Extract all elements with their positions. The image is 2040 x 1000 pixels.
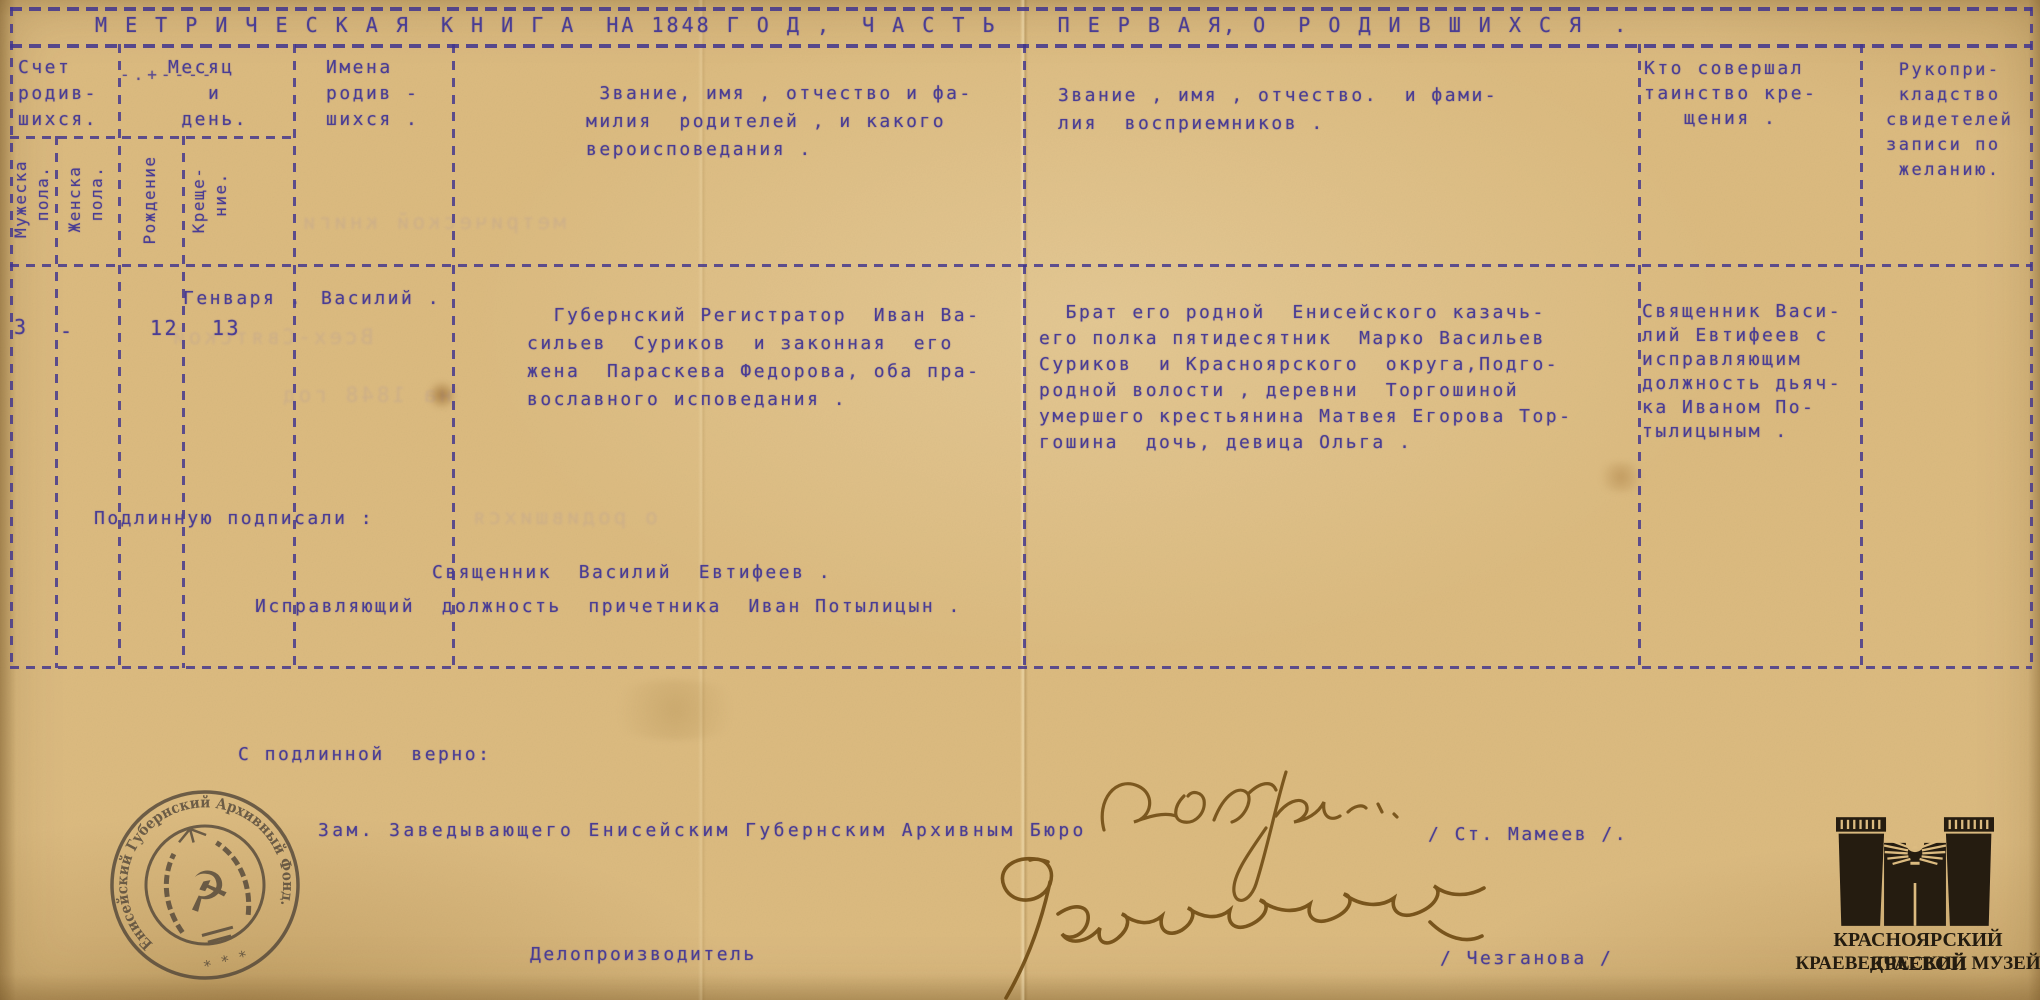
round-stamp: Енисейский Губернский Архивный Фонд. * *… xyxy=(105,785,305,985)
museum-logo-icon xyxy=(1836,817,1994,926)
record-priest: Священник Васи- лий Евтифеев с исправляю… xyxy=(1642,300,1842,444)
attestation-priest-signature-line: Священник Василий Евтифеев . xyxy=(432,560,832,586)
record-parents: Губернский Регистратор Иван Ва- сильев С… xyxy=(527,302,980,414)
record-male-count: 3 xyxy=(14,314,29,340)
attestation-clerk-signature-line: Исправляющий должность причетника Иван П… xyxy=(255,594,962,620)
table-line-header-bottom xyxy=(10,264,2032,267)
bleedthrough-text: метрической книги xyxy=(300,210,566,234)
table-border-top xyxy=(10,7,2032,11)
record-birth-day: 12 xyxy=(150,315,179,341)
header-male-column: Мужеска пола. xyxy=(10,134,54,264)
table-line-col xyxy=(293,44,296,668)
table-border-bottom xyxy=(10,666,2032,669)
record-female-count: - xyxy=(60,318,75,344)
deputy-archive-title-line: Зам. Заведывающего Енисейским Губернским… xyxy=(318,818,1087,844)
paper-texture xyxy=(0,0,2040,1000)
header-godparents-column: Звание , имя , отчество. и фами- лия вос… xyxy=(1058,82,1498,138)
signature-chezganova xyxy=(930,852,1490,1000)
header-baptism-column: Креще- ние. xyxy=(188,135,232,265)
deputy-name: / Ст. Мамеев /. xyxy=(1428,822,1628,848)
header-month-column: Месяц и день. xyxy=(168,55,248,133)
bleedthrough-text: о родившихся xyxy=(470,505,658,529)
document-title: М Е Т Р И Ч Е С К А Я К Н И Г А НА 1848 … xyxy=(95,12,1629,38)
header-count-column: Счет родив- шихся. xyxy=(18,55,98,133)
certified-copy-label: С подлинной верно: xyxy=(238,742,491,768)
table-line-col xyxy=(55,136,58,668)
header-female-column: Женска пола. xyxy=(64,134,108,264)
header-birth-column: Рождение xyxy=(139,135,161,265)
attestation-label: Подлинную подписали : xyxy=(94,506,374,532)
table-line-col xyxy=(1638,44,1641,668)
document-page: метрической книги Всех-Святской на 1848 … xyxy=(0,0,2040,1000)
bleedthrough-text: на 1848 год xyxy=(280,383,452,407)
record-name: Василий . xyxy=(321,286,441,312)
table-line-col xyxy=(118,44,121,668)
header-witnesses-column: Рукопри- кладство свидетелей записи по ж… xyxy=(1886,58,2013,183)
table-line-col xyxy=(182,136,185,668)
header-parents-column: Звание, имя , отчество и фа- милия родит… xyxy=(586,80,973,164)
paper-smudge xyxy=(600,680,750,740)
header-priest-column: Кто совершал таинство кре- щения . xyxy=(1644,56,1817,131)
clerk-title: Делопроизводитель xyxy=(530,942,757,968)
table-border-under-title xyxy=(10,44,2032,48)
table-line-col xyxy=(1023,44,1026,668)
table-border-left xyxy=(10,7,13,668)
table-line-col xyxy=(1860,44,1863,668)
header-names-column: Имена родив - шихся . xyxy=(326,55,419,133)
record-month: Генваря . xyxy=(183,286,303,312)
record-godparents: Брат его родной Енисейского казачь- его … xyxy=(1039,300,1572,456)
bleedthrough-text: Всех-Святской xyxy=(170,325,373,349)
stamp-hammer-sickle-icon: ☭ xyxy=(177,857,238,927)
museum-name-line2: КРАЕВЕДЧЕСКИЙ МУЗЕЙ xyxy=(1793,952,2040,976)
table-border-right xyxy=(2030,7,2033,668)
record-baptism-day: 13 xyxy=(212,315,241,341)
